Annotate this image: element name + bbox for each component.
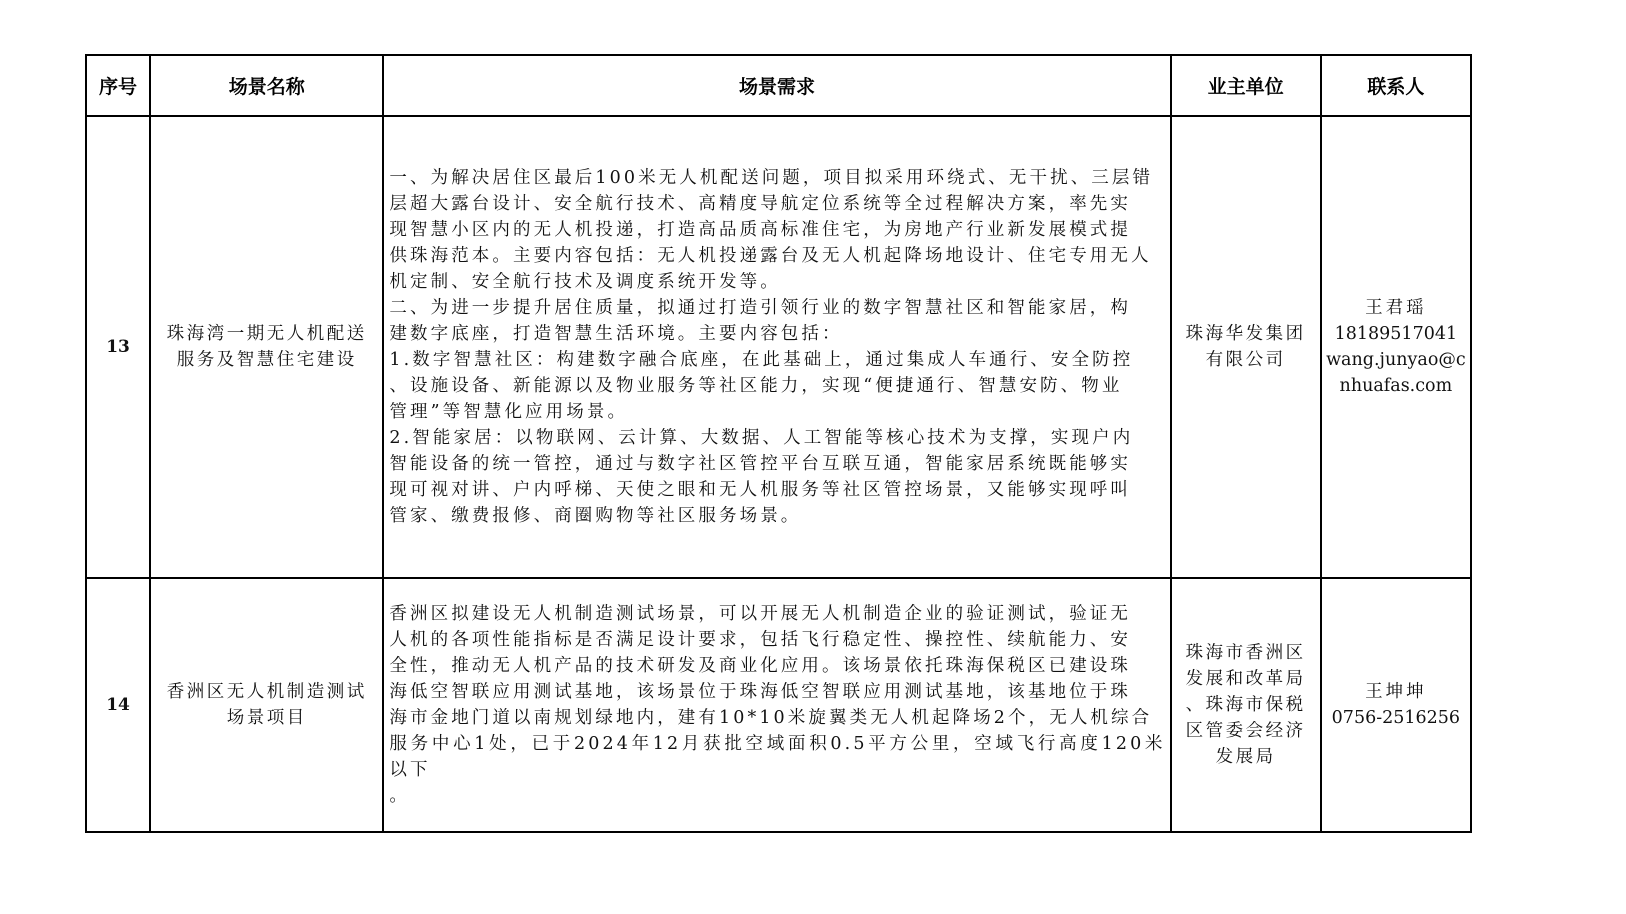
contact-phone: 18189517041 bbox=[1324, 321, 1468, 347]
contact-person: 王坤坤 0756-2516256 bbox=[1321, 578, 1471, 832]
requirement-line: 。 bbox=[389, 783, 1165, 809]
requirement-line: 机定制、安全航行技术及调度系统开发等。 bbox=[389, 269, 1165, 295]
scenario-name-line: 服务及智慧住宅建设 bbox=[155, 347, 378, 373]
requirement-line: 智能设备的统一管控，通过与数字社区管控平台互联互通，智能家居系统既能够实 bbox=[389, 451, 1165, 477]
scenario-name: 珠海湾一期无人机配送 服务及智慧住宅建设 bbox=[150, 116, 383, 578]
scenario-requirement: 一、为解决居住区最后100米无人机配送问题，项目拟采用环绕式、无干扰、三层错 层… bbox=[383, 116, 1170, 578]
requirement-text: 香洲区拟建设无人机制造测试场景，可以开展无人机制造企业的验证测试，验证无 人机的… bbox=[389, 601, 1165, 809]
scenario-name-line: 场景项目 bbox=[155, 705, 378, 731]
owner-unit-line: 发展和改革局 bbox=[1178, 666, 1314, 692]
scenario-name: 香洲区无人机制造测试 场景项目 bbox=[150, 578, 383, 832]
requirement-line: 建数字底座，打造智慧生活环境。主要内容包括： bbox=[389, 321, 1165, 347]
header-scenario-requirement: 场景需求 bbox=[383, 55, 1170, 116]
requirement-line: 1.数字智慧社区：构建数字融合底座，在此基础上，通过集成人车通行、安全防控 bbox=[389, 347, 1165, 373]
contact-phone: 0756-2516256 bbox=[1324, 705, 1468, 731]
row-number: 13 bbox=[86, 116, 150, 578]
requirement-line: 现智慧小区内的无人机投递，打造高品质高标准住宅，为房地产行业新发展模式提 bbox=[389, 217, 1165, 243]
owner-unit-line: 、珠海市保税 bbox=[1178, 692, 1314, 718]
header-owner-unit: 业主单位 bbox=[1171, 55, 1321, 116]
table-header-row: 序号 场景名称 场景需求 业主单位 联系人 bbox=[86, 55, 1471, 116]
requirement-line: 现可视对讲、户内呼梯、天使之眼和无人机服务等社区管控场景，又能够实现呼叫 bbox=[389, 477, 1165, 503]
contact-email-line: nhuafas.com bbox=[1324, 373, 1468, 399]
requirement-line: 层超大露台设计、安全航行技术、高精度导航定位系统等全过程解决方案，率先实 bbox=[389, 191, 1165, 217]
scenario-requirement: 香洲区拟建设无人机制造测试场景，可以开展无人机制造企业的验证测试，验证无 人机的… bbox=[383, 578, 1170, 832]
requirement-line: 、设施设备、新能源以及物业服务等社区能力，实现“便捷通行、智慧安防、物业 bbox=[389, 373, 1165, 399]
requirement-line: 管家、缴费报修、商圈购物等社区服务场景。 bbox=[389, 503, 1165, 529]
owner-unit-line: 珠海市香洲区 bbox=[1178, 640, 1314, 666]
header-scenario-name: 场景名称 bbox=[150, 55, 383, 116]
owner-unit-line: 发展局 bbox=[1178, 744, 1314, 770]
requirement-line: 人机的各项性能指标是否满足设计要求，包括飞行稳定性、操控性、续航能力、安 bbox=[389, 627, 1165, 653]
requirement-line: 全性，推动无人机产品的技术研发及商业化应用。该场景依托珠海保税区已建设珠 bbox=[389, 653, 1165, 679]
requirement-line: 管理”等智慧化应用场景。 bbox=[389, 399, 1165, 425]
contact-name: 王坤坤 bbox=[1324, 679, 1468, 705]
contact-name: 王君瑶 bbox=[1324, 295, 1468, 321]
requirement-text: 一、为解决居住区最后100米无人机配送问题，项目拟采用环绕式、无干扰、三层错 层… bbox=[389, 165, 1165, 529]
requirement-line: 海市金地门道以南规划绿地内，建有10*10米旋翼类无人机起降场2个，无人机综合 bbox=[389, 705, 1165, 731]
owner-unit: 珠海市香洲区 发展和改革局 、珠海市保税 区管委会经济 发展局 bbox=[1171, 578, 1321, 832]
requirement-line: 供珠海范本。主要内容包括：无人机投递露台及无人机起降场地设计、住宅专用无人 bbox=[389, 243, 1165, 269]
requirement-line: 二、为进一步提升居住质量，拟通过打造引领行业的数字智慧社区和智能家居，构 bbox=[389, 295, 1165, 321]
row-number: 14 bbox=[86, 578, 150, 832]
header-contact: 联系人 bbox=[1321, 55, 1471, 116]
scenario-name-line: 珠海湾一期无人机配送 bbox=[155, 321, 378, 347]
table-row: 14 香洲区无人机制造测试 场景项目 香洲区拟建设无人机制造测试场景，可以开展无… bbox=[86, 578, 1471, 832]
contact-person: 王君瑶 18189517041 wang.junyao@c nhuafas.co… bbox=[1321, 116, 1471, 578]
contact-email-line: wang.junyao@c bbox=[1324, 347, 1468, 373]
table-row: 13 珠海湾一期无人机配送 服务及智慧住宅建设 一、为解决居住区最后100米无人… bbox=[86, 116, 1471, 578]
owner-unit-line: 有限公司 bbox=[1178, 347, 1314, 373]
requirement-line: 海低空智联应用测试基地，该场景位于珠海低空智联应用测试基地，该基地位于珠 bbox=[389, 679, 1165, 705]
requirement-line: 香洲区拟建设无人机制造测试场景，可以开展无人机制造企业的验证测试，验证无 bbox=[389, 601, 1165, 627]
owner-unit: 珠海华发集团 有限公司 bbox=[1171, 116, 1321, 578]
owner-unit-line: 珠海华发集团 bbox=[1178, 321, 1314, 347]
header-no: 序号 bbox=[86, 55, 150, 116]
requirement-line: 服务中心1处，已于2024年12月获批空域面积0.5平方公里，空域飞行高度120… bbox=[389, 731, 1165, 783]
scenario-name-line: 香洲区无人机制造测试 bbox=[155, 679, 378, 705]
requirement-line: 一、为解决居住区最后100米无人机配送问题，项目拟采用环绕式、无干扰、三层错 bbox=[389, 165, 1165, 191]
requirement-line: 2.智能家居：以物联网、云计算、大数据、人工智能等核心技术为支撑，实现户内 bbox=[389, 425, 1165, 451]
scenario-table: 序号 场景名称 场景需求 业主单位 联系人 13 珠海湾一期无人机配送 服务及智… bbox=[85, 54, 1472, 833]
owner-unit-line: 区管委会经济 bbox=[1178, 718, 1314, 744]
